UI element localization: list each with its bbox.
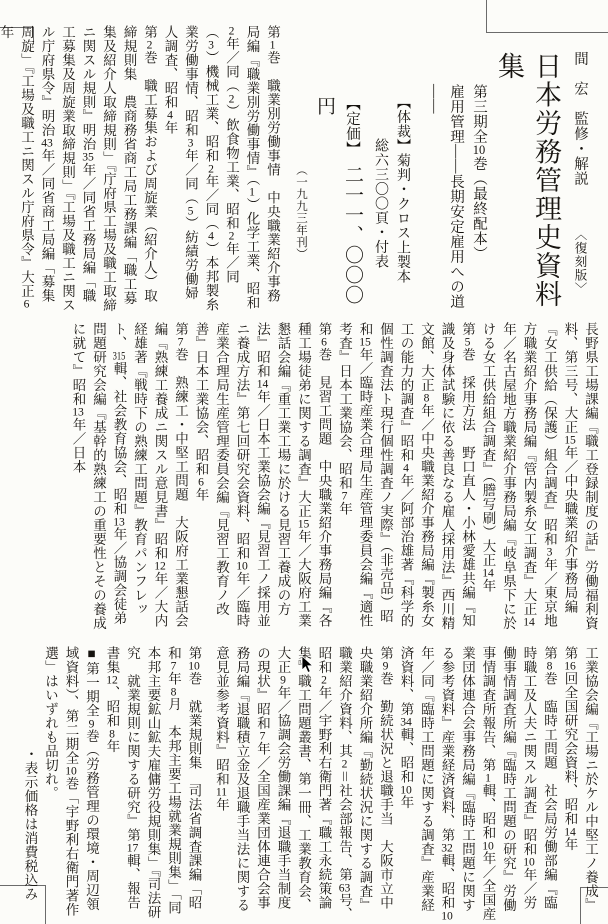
mouse-cursor <box>301 655 315 675</box>
edition-note: 〈復刻版〉 <box>568 228 592 296</box>
publication-year: （一九九三年刊） <box>291 25 310 313</box>
availability-note: ■第一期全9巻（労務管理の環境・周辺領域資料）、第二期全10巻「宇野利右衛門著作… <box>40 646 102 923</box>
volume-entry-1: 第1巻 職業別労働事情 中央職業紹介事務局編『職業別労働事情』（1）化学工業、昭… <box>159 25 282 313</box>
volume-entry-7-part2: 工業協会編『工場ニ於ケル中堅工ノ養成』第16回全国研究会資料、昭和14年 <box>559 646 600 923</box>
book-ad-page: 間 宏 監修・解説 〈復刻版〉 日本労務管理史資料集 第三期全10巻（最終配本）… <box>0 0 608 924</box>
editor-name: 間 宏 監修・解説 <box>568 51 592 186</box>
bottom-band: 工業協会編『工場ニ於ケル中堅工ノ養成』第16回全国研究会資料、昭和14年 第8巻… <box>19 646 600 923</box>
top-band: 間 宏 監修・解説 〈復刻版〉 日本労務管理史資料集 第三期全10巻（最終配本）… <box>0 25 592 313</box>
price-block: 【定価】二一一、〇〇〇円 <box>310 25 366 313</box>
volume-entry-6: 第6巻 見習工問題 中央職業紹介事務局編『各種工場徒弟に関する調査』大正15年／… <box>190 322 334 634</box>
volume-subtitle: 雇用管理――長期安定雇用への道―― <box>423 25 467 313</box>
volume-entry-2: 第2巻 職工募集および周旋業（紹介人）取締規則集 農商務省商工局工務課編「職工募… <box>0 25 159 313</box>
price-label: 【定価】 <box>344 96 360 156</box>
tax-note: ・表示価格は消費税込み <box>19 646 40 923</box>
volume-entry-4-body: 長野県工場課編『職工登録制度の話』労働福利資料、第三号、大正15年／中央職業紹介… <box>477 322 600 634</box>
format-spec: 【体裁】菊判・クロス上製本 <box>391 25 413 313</box>
volume-entry-8: 第8巻 臨時工問題 社会局労働部編『臨時職工及人夫ニ関スル調査』昭和10年／労働… <box>395 646 559 923</box>
volume-entry-9: 第9巻 勤続状況と退職手当 大阪市立中央職業紹介所編『勤続状況に関する調査』職業… <box>211 646 396 923</box>
volume-entry-5: 第5巻 採用方法 野口直人・小林愛雄共編『知識及身体試験に依る善良なる雇人採用法… <box>334 322 478 634</box>
series-info: 第三期全10巻（最終配本） <box>467 25 490 313</box>
book-title: 日本労務管理史資料集 <box>490 25 564 313</box>
editor-credit: 間 宏 監修・解説 〈復刻版〉 <box>568 25 592 313</box>
volume-entry-10: 第10巻 就業規則集 司法省調査課編「昭和7年8月 本邦主要工場就業規則集」「同… <box>101 646 204 923</box>
format-detail: 総六三〇〇頁・付表 <box>370 25 391 313</box>
middle-band: 長野県工場課編『職工登録制度の話』労働福利資料、第三号、大正15年／中央職業紹介… <box>67 322 600 634</box>
volume-entry-7-part1: 第7巻 熟練工・中堅工問題 大阪府工業懇話会編『熟練工養成ニ関スル意見書』昭和1… <box>67 322 190 634</box>
